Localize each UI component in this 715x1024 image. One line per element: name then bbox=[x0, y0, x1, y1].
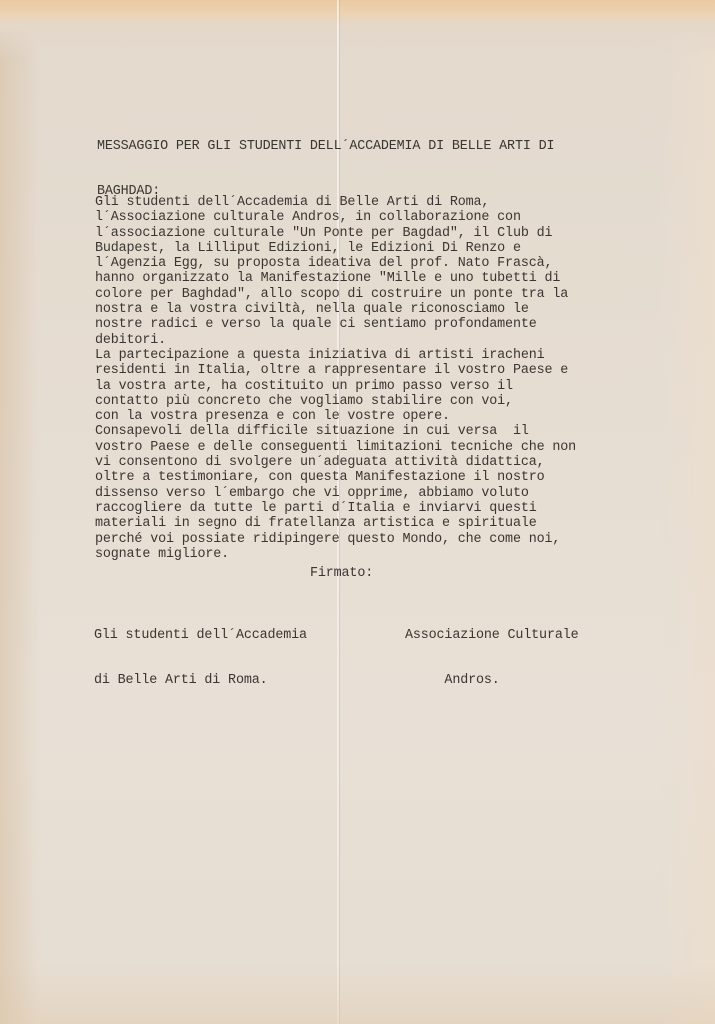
body-line: perché voi possiate ridipingere questo M… bbox=[95, 532, 576, 547]
body-line: La partecipazione a questa iniziativa di… bbox=[95, 348, 576, 363]
body-line: hanno organizzato la Manifestazione "Mil… bbox=[95, 271, 576, 286]
letter-body: Gli studenti dell´Accademia di Belle Art… bbox=[95, 195, 576, 562]
signed-label: Firmato: bbox=[310, 566, 373, 581]
body-line: l´associazione culturale "Un Ponte per B… bbox=[95, 226, 576, 241]
body-line: materiali in segno di fratellanza artist… bbox=[95, 516, 576, 531]
body-line: Budapest, la Lilliput Edizioni, le Edizi… bbox=[95, 241, 576, 256]
body-line: colore per Baghdad", allo scopo di costr… bbox=[95, 287, 576, 302]
body-line: nostre radici e verso la quale ci sentia… bbox=[95, 317, 576, 332]
body-line: l´Associazione culturale Andros, in coll… bbox=[95, 210, 576, 225]
signatory-association: Associazione Culturale Andros. bbox=[405, 597, 579, 704]
body-line: Gli studenti dell´Accademia di Belle Art… bbox=[95, 195, 576, 210]
body-line: vostro Paese e delle conseguenti limitaz… bbox=[95, 440, 576, 455]
signatory-students: Gli studenti dell´Accademia di Belle Art… bbox=[94, 597, 307, 704]
signatory-line: Associazione Culturale bbox=[405, 628, 579, 643]
signatory-line: di Belle Arti di Roma. bbox=[94, 673, 307, 688]
body-line: nostra e la vostra civiltà, nella quale … bbox=[95, 302, 576, 317]
body-line: raccogliere da tutte le parti d´Italia e… bbox=[95, 501, 576, 516]
signatory-line: Gli studenti dell´Accademia bbox=[94, 628, 307, 643]
body-line: la vostra arte, ha costituito un primo p… bbox=[95, 379, 576, 394]
body-line: debitori. bbox=[95, 333, 576, 348]
title-line: MESSAGGIO PER GLI STUDENTI DELL´ACCADEMI… bbox=[97, 139, 554, 154]
paper-aging-tint bbox=[0, 964, 715, 1024]
body-line: oltre a testimoniare, con questa Manifes… bbox=[95, 470, 576, 485]
body-line: vi consentono di svolgere un´adeguata at… bbox=[95, 455, 576, 470]
body-line: dissenso verso l´embargo che vi opprime,… bbox=[95, 486, 576, 501]
body-line: con la vostra presenza e con le vostre o… bbox=[95, 409, 576, 424]
body-line: contatto più concreto che vogliamo stabi… bbox=[95, 394, 576, 409]
signatory-line: Andros. bbox=[405, 673, 579, 688]
body-line: residenti in Italia, oltre a rappresenta… bbox=[95, 363, 576, 378]
body-line: sognate migliore. bbox=[95, 547, 576, 562]
body-line: Consapevoli della difficile situazione i… bbox=[95, 424, 576, 439]
body-line: l´Agenzia Egg, su proposta ideativa del … bbox=[95, 256, 576, 271]
